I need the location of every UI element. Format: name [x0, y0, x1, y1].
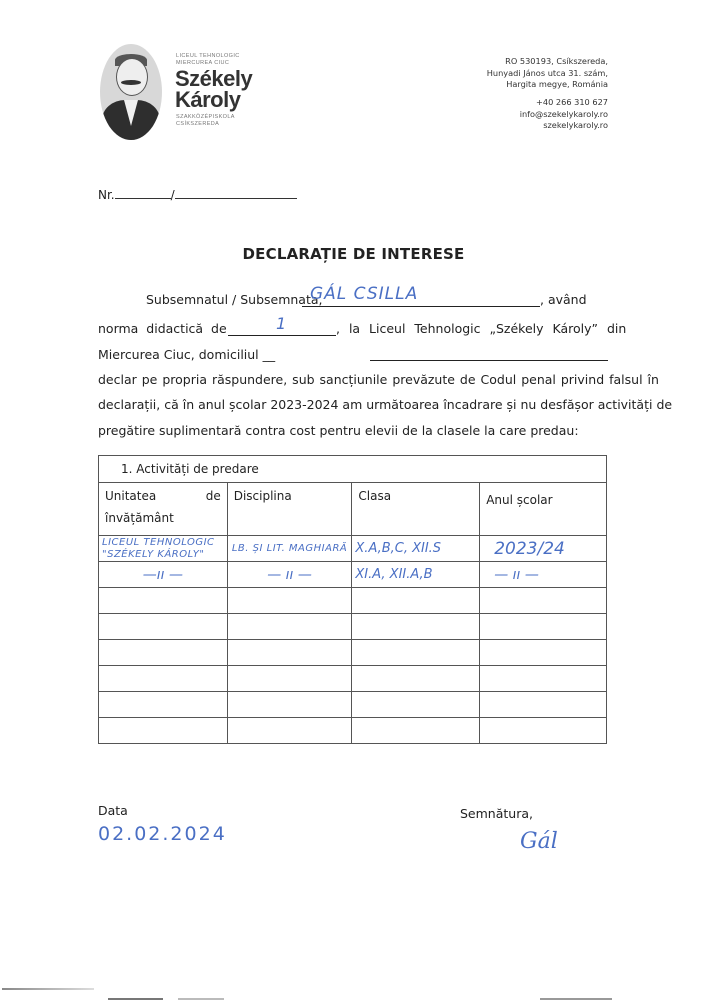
cell-unitatea: LICEUL TEHNOLOGIC "SZÉKELY KÁROLY" — [99, 536, 228, 562]
table-row — [99, 614, 607, 640]
cell-empty — [99, 614, 228, 640]
contact-email: info@szekelykaroly.ro — [520, 109, 608, 121]
cell-unitatea: —ıı — — [99, 562, 228, 588]
body-line5: declarații, că în anul școlar 2023-2024 … — [98, 397, 672, 412]
nr-label: Nr. — [98, 188, 115, 202]
header-word: de — [206, 485, 221, 507]
table-row — [99, 718, 607, 744]
body-line4: declar pe propria răspundere, sub sancți… — [98, 372, 659, 387]
body-line2-prefix: norma didactică de — [98, 321, 227, 336]
school-logo-portrait — [100, 44, 162, 140]
scan-mark — [2, 988, 94, 990]
logo-line1: Liceul Tehnologic — [176, 53, 240, 60]
body-line3: Miercurea Ciuc, domiciliul __ — [98, 347, 275, 362]
address-line: Hunyadi János utca 31. szám, — [487, 68, 608, 80]
nr-number-blank — [115, 188, 171, 199]
school-address: RO 530193, Csíkszereda, Hunyadi János ut… — [487, 56, 608, 91]
name-handwritten: GÁL CSILLA — [310, 284, 418, 304]
cell-empty — [99, 666, 228, 692]
date-label: Data — [98, 803, 128, 818]
contact-website: szekelykaroly.ro — [520, 120, 608, 132]
body-line1-suffix: , având — [540, 292, 587, 307]
column-header-anul-scolar: Anul școlar — [480, 483, 607, 536]
norm-blank — [228, 335, 336, 336]
norm-handwritten: 1 — [276, 314, 286, 333]
cell-empty — [99, 588, 228, 614]
cell-disciplina: — ıı — — [227, 562, 352, 588]
cell-empty — [480, 718, 607, 744]
portrait-head — [116, 58, 148, 96]
address-line: RO 530193, Csíkszereda, — [487, 56, 608, 68]
cell-empty — [480, 666, 607, 692]
logo-line3: Szakközépiskola — [176, 114, 235, 121]
nr-date-blank — [175, 188, 297, 199]
signature-label: Semnătura, — [460, 806, 533, 821]
header-word: Unitatea — [105, 485, 156, 507]
contact-phone: +40 266 310 627 — [520, 97, 608, 109]
cell-empty — [480, 692, 607, 718]
cell-empty — [227, 614, 352, 640]
cell-anul-scolar: — ıı — — [480, 562, 607, 588]
school-contact: +40 266 310 627 info@szekelykaroly.ro sz… — [520, 97, 608, 132]
logo-name2: Károly — [175, 89, 240, 110]
table-row — [99, 588, 607, 614]
body-line6: pregătire suplimentară contra cost pentr… — [98, 423, 579, 438]
table-row — [99, 640, 607, 666]
cell-empty — [352, 588, 480, 614]
document-title: DECLARAȚIE DE INTERESE — [0, 245, 707, 263]
portrait-mustache — [121, 80, 141, 85]
signature-handwritten: Gál — [520, 829, 558, 854]
table-row: —ıı — — ıı — XI.A, XII.A,B — ıı — — [99, 562, 607, 588]
cell-disciplina: LB. ȘI LIT. MAGHIARĂ — [227, 536, 352, 562]
date-handwritten: 02.02.2024 — [98, 823, 227, 845]
column-header-clasa: Clasa — [352, 483, 480, 536]
logo-line4: Csíkszereda — [176, 121, 219, 128]
header-word: învățământ — [105, 507, 221, 529]
column-header-disciplina: Disciplina — [227, 483, 352, 536]
address-blank — [370, 360, 608, 361]
cell-empty — [352, 640, 480, 666]
cell-empty — [227, 692, 352, 718]
cell-empty — [99, 692, 228, 718]
cell-clasa: XI.A, XII.A,B — [352, 562, 480, 588]
cell-empty — [352, 692, 480, 718]
cell-anul-scolar: 2023/24 — [480, 536, 607, 562]
cell-empty — [480, 588, 607, 614]
column-header-unitatea: Unitatea de învățământ — [99, 483, 228, 536]
cell-empty — [352, 614, 480, 640]
logo-name1: Székely — [175, 68, 252, 89]
cell-empty — [227, 718, 352, 744]
body-line2-suffix: , la Liceul Tehnologic „Székely Károly” … — [336, 321, 626, 336]
cell-empty — [480, 614, 607, 640]
teaching-activities-table: 1. Activități de predare Unitatea de înv… — [98, 455, 607, 744]
table-row — [99, 666, 607, 692]
cell-empty — [227, 588, 352, 614]
registration-number: Nr./ — [98, 188, 297, 202]
body-line1-prefix: Subsemnatul / Subsemnata, — [146, 292, 323, 307]
name-blank — [302, 306, 540, 307]
cell-empty — [352, 666, 480, 692]
cell-empty — [227, 666, 352, 692]
cell-empty — [480, 640, 607, 666]
cell-clasa: X.A,B,C, XII.S — [352, 536, 480, 562]
table-row — [99, 692, 607, 718]
cell-empty — [99, 718, 228, 744]
cell-empty — [99, 640, 228, 666]
cell-empty — [227, 640, 352, 666]
table-row: LICEUL TEHNOLOGIC "SZÉKELY KÁROLY" LB. Ș… — [99, 536, 607, 562]
cell-empty — [352, 718, 480, 744]
address-line: Hargita megye, Románia — [487, 79, 608, 91]
table-section-title: 1. Activități de predare — [99, 456, 607, 483]
